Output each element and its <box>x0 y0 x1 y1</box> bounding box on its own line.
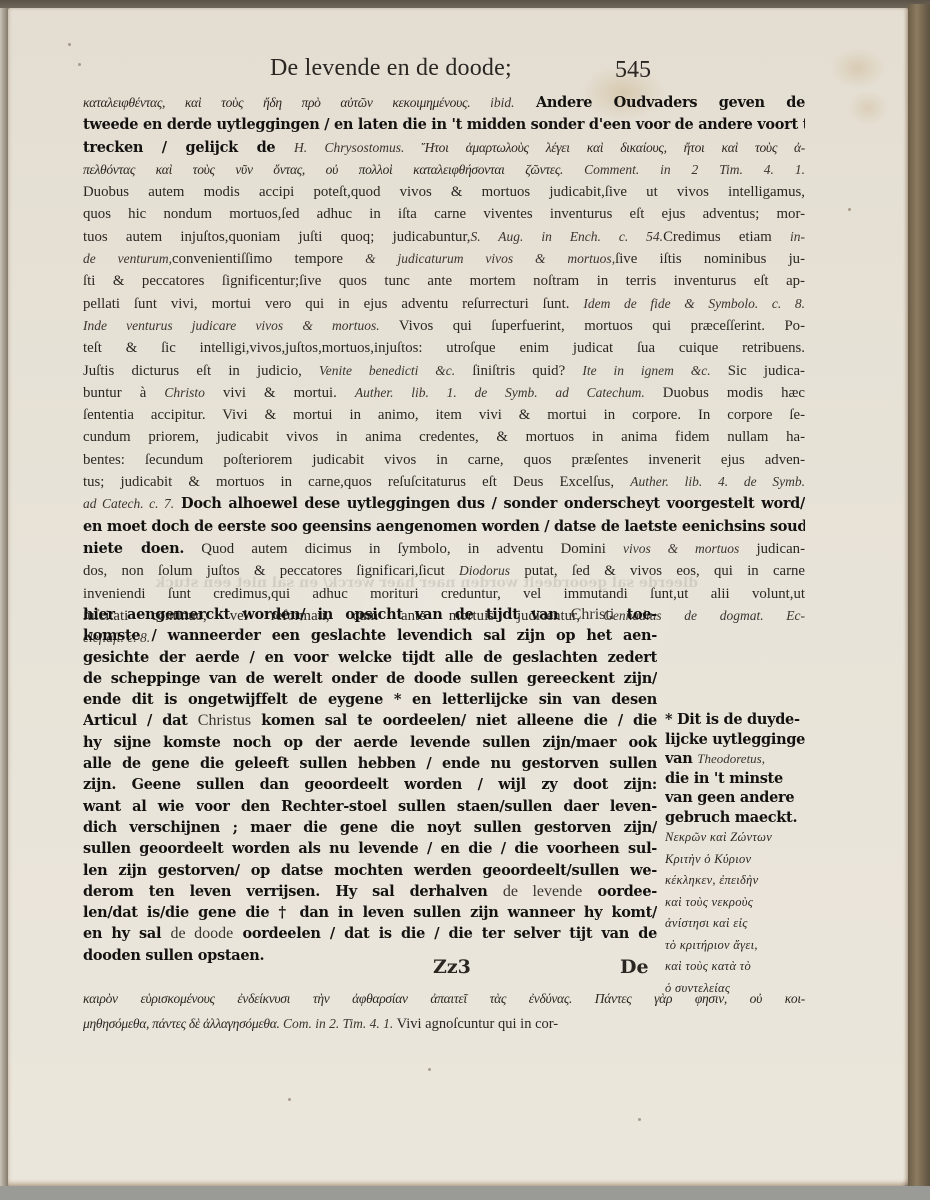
text-run: Doch alhoewel dese uytleggingen dus / so… <box>174 495 805 512</box>
text-line: buntur à Christo vivi & mortui. Auther. … <box>83 382 805 404</box>
text-run: Vivi agnoſcuntur qui in cor- <box>393 1016 558 1032</box>
text-run: S. Aug. in Ench. c. 54. <box>470 229 663 244</box>
greek-line: κέκληκεν, ἐπειδὴν <box>665 870 815 892</box>
paper-speck <box>848 208 851 211</box>
text-run: teſt & ſic intelligi,vivos,juſtos,mortuo… <box>83 340 805 356</box>
text-run: alle de gene die geleeft sullen hebben /… <box>83 755 657 772</box>
text-run: πελθόντας καὶ τοὺς νῦν ὄντας, οὐ πολλοὶ … <box>83 162 563 177</box>
text-run: de scheppinge van de werelt onder de doo… <box>83 670 657 687</box>
text-run: bentes: ſecundum poſteriorem judicabit v… <box>83 452 805 468</box>
text-line: want al wie voor den Rechter-stoel sulle… <box>83 795 657 816</box>
text-run: Vivos qui ſuperfuerint, mortuos qui præc… <box>380 318 805 334</box>
text-line: tuos autem injuſtos,quoniam juſti quoq; … <box>83 226 805 248</box>
text-line: len zijn gestorven/ op datse mochten wer… <box>83 859 657 880</box>
text-run: dich verschijnen ; maer die gene die noy… <box>83 819 657 836</box>
text-run: ibid. <box>490 95 514 110</box>
text-line: Duobus autem modis accipi poteſt,quod vi… <box>83 181 805 203</box>
paper-speck <box>428 1068 431 1071</box>
text-run: Idem de fide & Symbolo. c. 8. <box>583 296 805 311</box>
text-run: niete doen. <box>83 540 184 557</box>
greek-line: τὸ κριτήριον ἄγει, <box>665 935 815 957</box>
text-run: Quod autem dicimus in ſymbolo, in advent… <box>184 541 623 557</box>
text-line: de venturum,convenientiſſimo tempore & j… <box>83 248 805 270</box>
text-line: de scheppinge van de werelt onder de doo… <box>83 667 657 688</box>
text-line: van geen andere <box>665 788 815 808</box>
catchword-row: Zz3 De <box>83 956 663 984</box>
text-run: tweede en derde uytleggingen / en laten … <box>83 116 805 133</box>
text-line: ſti & peccatores ſignificentur;ſive quos… <box>83 270 805 292</box>
text-line: καιρὸν εὑρισκομένους ἐνδείκνυσι τὴν ἀφθα… <box>83 986 805 1011</box>
text-run: van <box>665 750 697 767</box>
book-edge-left <box>0 8 8 1188</box>
text-run: want al wie voor den Rechter-stoel sulle… <box>83 798 657 815</box>
text-line: niete doen. Quod autem dicimus in ſymbol… <box>83 538 805 560</box>
text-run: Sic judica- <box>711 363 805 379</box>
text-run: vivos & mortuos <box>623 541 739 556</box>
text-run: pellati ſunt vivi, mortui vero qui in ej… <box>83 296 583 312</box>
text-run: Andere Oudvaders geven de <box>514 94 805 111</box>
text-run: zijn. Geene sullen dan geoordeelt worden… <box>83 776 657 793</box>
text-run: Ite in ignem &c. <box>582 363 710 378</box>
text-line: gesichte der aerde / en voor welcke tijd… <box>83 646 657 667</box>
marginal-note: * Dit is de duyde-lijcke uytleggingеvan … <box>665 710 815 827</box>
text-run: hier aengemerckt worden/ in opsicht van … <box>83 606 571 623</box>
text-line: cundum priorem, judicabit vivos in anima… <box>83 426 805 448</box>
text-line: tus; judicabit & mortuos in carne,quos r… <box>83 471 805 493</box>
book-binding-edge <box>908 4 930 1194</box>
marginal-greek-note: Νεκρῶν καὶ ΖώντωνΚριτὴν ὁ Κύριονκέκληκεν… <box>665 827 815 999</box>
text-run: ſti & peccatores ſignificentur;ſive quos… <box>83 273 805 289</box>
greek-line: καὶ τοὺς κατὰ τὸ <box>665 956 815 978</box>
text-line: ad Catech. c. 7. Doch alhoewel dese uytl… <box>83 493 805 515</box>
text-line: Juſtis dicturus eſt in judicio, Venite b… <box>83 360 805 382</box>
text-run: H. Chrysostomus. <box>294 140 404 155</box>
greek-line: καὶ τοὺς νεκροὺς <box>665 892 815 914</box>
text-run: Theodoretus, <box>697 751 765 766</box>
text-run: ende dit is ongetwijffelt de eygene * en… <box>83 691 657 708</box>
text-run: μηθησόμεθα, πάντες δὲ ἀλλαγησόμεθα. <box>83 1016 280 1031</box>
text-line: van Theodoretus, <box>665 749 815 769</box>
text-run: Juſtis dicturus eſt in judicio, <box>83 363 319 379</box>
text-line: lijcke uytleggingе <box>665 730 815 750</box>
text-run: Christo <box>164 385 205 400</box>
text-line: καταλειφθέντας, καὶ τοὺς ἤδη πρὸ αὐτῶν κ… <box>83 92 805 114</box>
main-text-block: hier aengemerckt worden/ in opsicht van … <box>83 603 657 965</box>
text-run: Duobus modis hæc <box>645 385 805 401</box>
text-run: van geen andere <box>665 789 794 806</box>
text-line: quos hic nondum mortuos,ſed adhuc in iſt… <box>83 203 805 225</box>
text-run: & judicaturum vivos & mortuos, <box>365 251 615 266</box>
show-through-text: dieerde sal geoordeelt worden naer haer … <box>98 575 698 597</box>
text-run: Christi <box>571 606 615 623</box>
text-run: trecken / gelijck de <box>83 139 294 156</box>
text-line: ende dit is ongetwijffelt de eygene * en… <box>83 688 657 709</box>
text-run: Comment. in 2 Tim. 4. 1. <box>563 162 805 177</box>
paper-speck <box>68 43 71 46</box>
text-run: Duobus autem modis accipi poteſt,quod vi… <box>83 184 805 200</box>
text-line: dich verschijnen ; maer die gene die noy… <box>83 816 657 837</box>
text-run: cundum priorem, judicabit vivos in anima… <box>83 429 805 445</box>
text-run: ſiniſtris quid? <box>455 363 582 379</box>
text-run: die in 't minste <box>665 770 783 787</box>
text-line: sullen geoordeelt worden als nu levende … <box>83 837 657 858</box>
text-run: Credimus etiam <box>663 229 790 245</box>
text-run: len zijn gestorven/ op datse mochten wer… <box>83 862 657 879</box>
text-line: komste / wanneerder een geslachte levend… <box>83 624 657 645</box>
text-run: oordeelen / dat is die / die ter selver … <box>233 925 657 942</box>
text-line: en moet doch de eerste soo geensins aeng… <box>83 516 805 538</box>
text-run: ſive iſtis nominibus ju- <box>615 251 805 267</box>
text-run: in- <box>790 229 805 244</box>
text-run: toe- <box>614 606 657 623</box>
text-run: Ἤτοι ἁμαρτωλοὺς λέγει καὶ δικαίους, ἤτοι… <box>404 140 805 155</box>
text-run: de venturum, <box>83 251 172 266</box>
text-run: καιρὸν εὑρισκομένους ἐνδείκνυσι τὴν ἀφθα… <box>83 991 805 1006</box>
text-run: Venite benedicti &c. <box>319 363 455 378</box>
text-run: tus; judicabit & mortuos in carne,quos r… <box>83 474 630 490</box>
catchword: De <box>620 956 649 978</box>
text-line: hier aengemerckt worden/ in opsicht van … <box>83 603 657 624</box>
text-run: judican- <box>739 541 805 557</box>
text-run: komste / wanneerder een geslachte levend… <box>83 627 657 644</box>
text-run: oordee- <box>582 883 657 900</box>
text-run: quos hic nondum mortuos,ſed adhuc in iſt… <box>83 206 805 222</box>
text-run: hy sijne komste noch op der aerde levend… <box>83 734 657 751</box>
paper-speck <box>78 63 81 66</box>
text-run: en moet doch de eerste soo geensins aeng… <box>83 518 805 535</box>
text-run: derom ten leven verrijsen. Hy sal derhal… <box>83 883 503 900</box>
text-run: vivi & mortui. <box>205 385 355 401</box>
text-run: convenientiſſimo tempore <box>172 251 365 267</box>
text-run: en hy sal <box>83 925 170 942</box>
text-run: sullen geoordeelt worden als nu levende … <box>83 840 657 857</box>
greek-line: ἀνίστησι καὶ εἰς <box>665 913 815 935</box>
text-line: trecken / gelijck de H. Chrysostomus. Ἤτ… <box>83 137 805 159</box>
running-head: De levende en de doode; <box>270 55 512 82</box>
text-run: len/dat is/die gene die † dan in leven s… <box>83 904 657 921</box>
text-line: zijn. Geene sullen dan geoordeelt worden… <box>83 773 657 794</box>
signature-mark: Zz3 <box>433 956 471 978</box>
text-line: ſententia accipitur. Vivi & mortui in an… <box>83 404 805 426</box>
text-line: alle de gene die geleeft sullen hebben /… <box>83 752 657 773</box>
text-run: gebruch maeckt. <box>665 809 797 826</box>
text-line: Articul / dat Christus komen sal te oord… <box>83 709 657 730</box>
commentary-block-bottom: καιρὸν εὑρισκομένους ἐνδείκνυσι τὴν ἀφθα… <box>83 986 805 1036</box>
greek-line: Κριτὴν ὁ Κύριον <box>665 849 815 871</box>
text-run: Auther. lib. 4. de Symb. <box>630 474 805 489</box>
text-line: Inde venturus judicare vivos & mortuos. … <box>83 315 805 337</box>
text-run: ad Catech. c. 7. <box>83 496 174 511</box>
text-line: teſt & ſic intelligi,vivos,juſtos,mortuo… <box>83 337 805 359</box>
text-run: buntur à <box>83 385 164 401</box>
text-line: tweede en derde uytleggingen / en laten … <box>83 114 805 136</box>
text-line: len/dat is/die gene die † dan in leven s… <box>83 901 657 922</box>
text-line: πελθόντας καὶ τοὺς νῦν ὄντας, οὐ πολλοὶ … <box>83 159 805 181</box>
greek-line: Νεκρῶν καὶ Ζώντων <box>665 827 815 849</box>
text-run: Articul / dat <box>83 712 198 729</box>
text-run: Inde venturus judicare vivos & mortuos. <box>83 318 380 333</box>
commentary-block-top: καταλειφθέντας, καὶ τοὺς ἤδη πρὸ αὐτῶν κ… <box>83 92 805 649</box>
text-run: komen sal te oordeelen/ niet alleene die… <box>251 712 657 729</box>
page-number: 545 <box>615 57 651 84</box>
text-run: de doode <box>170 925 233 942</box>
text-line: * Dit is de duyde- <box>665 710 815 730</box>
text-line: pellati ſunt vivi, mortui vero qui in ej… <box>83 293 805 315</box>
text-run: ſententia accipitur. Vivi & mortui in an… <box>83 407 805 423</box>
text-line: gebruch maeckt. <box>665 808 815 828</box>
text-line: die in 't minste <box>665 769 815 789</box>
text-run: * Dit is de duyde- <box>665 711 800 728</box>
text-run: Auther. lib. 1. de Symb. ad Catechum. <box>355 385 645 400</box>
text-run: Com. in 2. Tim. 4. 1. <box>280 1016 394 1031</box>
text-line: derom ten leven verrijsen. Hy sal derhal… <box>83 880 657 901</box>
page-header: De levende en de doode; 545 <box>270 55 670 87</box>
paper-speck <box>638 1118 641 1121</box>
text-run: de levende <box>503 883 582 900</box>
text-line: bentes: ſecundum poſteriorem judicabit v… <box>83 449 805 471</box>
text-run: lijcke uytleggingе <box>665 731 805 748</box>
paper-speck <box>288 1098 291 1101</box>
text-line: en hy sal de doode oordeelen / dat is di… <box>83 922 657 943</box>
text-line: hy sijne komste noch op der aerde levend… <box>83 731 657 752</box>
text-run: Christus <box>198 712 251 729</box>
text-line: μηθησόμεθα, πάντες δὲ ἀλλαγησόμεθα. Com.… <box>83 1011 805 1036</box>
text-run: gesichte der aerde / en voor welcke tijd… <box>83 649 657 666</box>
text-run: tuos autem injuſtos,quoniam juſti quoq; … <box>83 229 470 245</box>
backdrop-bottom <box>0 1186 930 1200</box>
text-run: καταλειφθέντας, καὶ τοὺς ἤδη πρὸ αὐτῶν κ… <box>83 95 490 110</box>
